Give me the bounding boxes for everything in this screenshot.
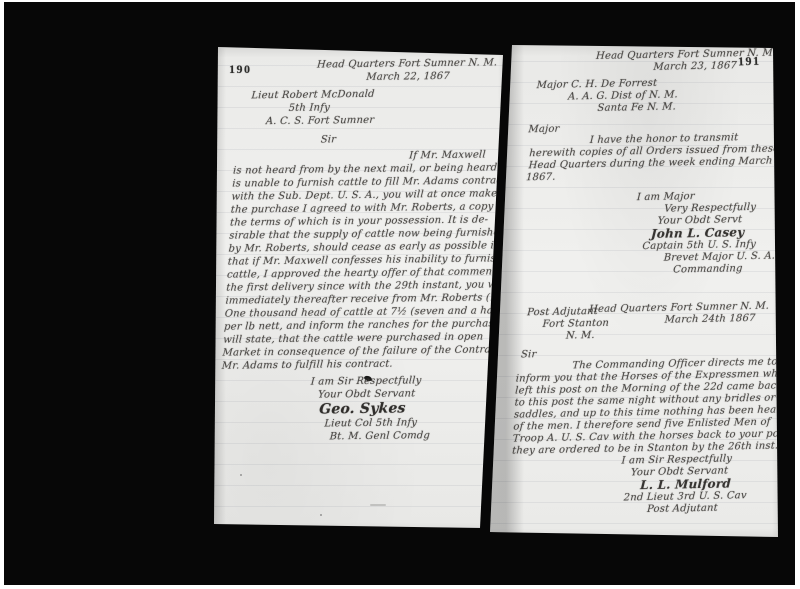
manuscript-line: Mr. Adams to fulfill his contract. (221, 356, 490, 372)
ledger-page-191: 191 Head Quarters Fort Sumner N. M. Marc… (484, 40, 784, 540)
letter-date: March 24th 1867 (664, 313, 771, 327)
letter-date: March 22, 1867 (366, 69, 507, 84)
archival-scan: { "left": { "page_number": "190", "headi… (0, 0, 800, 589)
letters-191: Head Quarters Fort Sumner N. M. March 23… (508, 47, 784, 538)
salutation: Sir (320, 131, 503, 146)
letter-heading-line: Head Quarters Fort Sumner N. M. (317, 56, 508, 71)
ledger-page-190: 190 Head Quarters Fort Sumner N. M. Marc… (210, 44, 510, 534)
letter-date: March 23, 1867 (653, 59, 784, 74)
signature-title: Post Adjutant (647, 502, 762, 516)
signature-title: Bt. M. Genl Comdg (329, 428, 486, 443)
addressee-line: A. C. S. Fort Sumner (265, 112, 504, 128)
addressee-line: Santa Fe N. M. (597, 99, 782, 115)
signature-title: Brevet Major U. S. A. (663, 251, 774, 265)
letter-190: Head Quarters Fort Sumner N. M. March 22… (213, 56, 508, 526)
